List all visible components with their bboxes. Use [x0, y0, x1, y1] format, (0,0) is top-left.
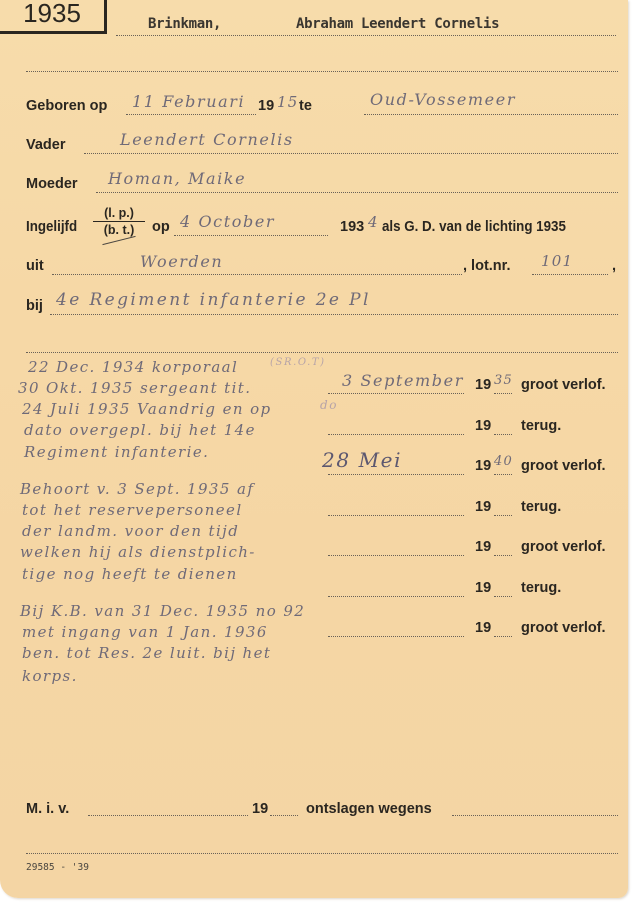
leave-year-prefix: 19 — [475, 620, 491, 636]
remark-line: 30 Okt. 1935 sergeant tit. — [18, 379, 251, 397]
remark-line: korps. — [22, 667, 78, 685]
father-name: Leendert Cornelis — [120, 130, 294, 149]
discharge-year-prefix: 19 — [252, 801, 268, 817]
at-label: te — [299, 98, 312, 114]
remark-line: met ingang van 1 Jan. 1936 — [22, 623, 268, 641]
name-line — [116, 35, 616, 36]
from-label: uit — [26, 258, 44, 274]
fraction-bar — [93, 221, 145, 222]
remark-line: tige nog heeft te dienen — [22, 565, 238, 583]
leave-status: terug. — [521, 499, 561, 515]
birth-place-line — [364, 114, 618, 115]
discharge-reason-label: ontslagen wegens — [306, 801, 432, 817]
enlistment-year-prefix: 193 — [340, 219, 364, 235]
separator-line — [26, 352, 618, 353]
leave-year-prefix: 19 — [475, 499, 491, 515]
fraction-bottom: (b. t.) — [93, 223, 145, 237]
discharge-year-line — [270, 815, 298, 816]
enlistment-year-suffix: 4 — [368, 213, 379, 231]
leave-year-line — [494, 555, 512, 556]
leave-year-suffix: 35 — [494, 373, 513, 388]
lot-label: , lot.nr. — [463, 258, 511, 274]
mother-line — [96, 192, 618, 193]
leave-year-prefix: 19 — [475, 539, 491, 555]
leave-status: terug. — [521, 580, 561, 596]
given-names: Abraham Leendert Cornelis — [296, 16, 499, 32]
remark-line: tot het reservepersoneel — [22, 501, 243, 519]
remark-line: ben. tot Res. 2e luit. bij het — [22, 644, 271, 662]
annotation-mark: do — [320, 398, 338, 412]
remark-line: Regiment infanterie. — [24, 443, 209, 461]
leave-date-line — [328, 515, 464, 516]
leave-year-line — [494, 515, 512, 516]
birth-date-line — [126, 114, 256, 115]
enlistment-date: 4 October — [180, 212, 275, 231]
remark-line: Behoort v. 3 Sept. 1935 af — [20, 480, 254, 498]
leave-date-line — [328, 474, 464, 475]
remark-line: dato overgepl. bij het 14e — [24, 421, 256, 439]
discharge-date-line — [88, 815, 248, 816]
year-box: 1935 — [0, 0, 107, 34]
leave-status: groot verlof. — [521, 458, 606, 474]
enlistment-fraction: (l. p.) (b. t.) — [93, 206, 145, 237]
unit-line — [50, 314, 618, 315]
remark-line: 24 Juli 1935 Vaandrig en op — [22, 400, 272, 418]
leave-date-line — [328, 555, 464, 556]
leave-status: groot verlof. — [521, 377, 606, 393]
leave-year-prefix: 19 — [475, 377, 491, 393]
enlisted-label: Ingelijfd — [26, 219, 77, 235]
leave-date-line — [328, 636, 464, 637]
leave-status: groot verlof. — [521, 539, 606, 555]
leave-date: 3 September — [342, 371, 464, 390]
leave-year-prefix: 19 — [475, 418, 491, 434]
remark-line: welken hij als dienstplich- — [20, 543, 256, 561]
class-label: als G. D. van de lichting 1935 — [382, 219, 566, 235]
form-number: 29585 - '39 — [26, 862, 89, 873]
birth-year-prefix: 19 — [258, 98, 274, 114]
remark-line: 22 Dec. 1934 korporaal — [28, 358, 238, 376]
remark-line: der landm. voor den tijd — [22, 522, 239, 540]
discharge-reason-line — [452, 815, 618, 816]
blank-line — [26, 71, 618, 72]
birth-place: Oud-Vossemeer — [370, 90, 516, 109]
leave-year-suffix: 40 — [494, 454, 513, 469]
father-line — [84, 153, 618, 154]
leave-date-line — [328, 596, 464, 597]
born-label: Geboren op — [26, 98, 107, 114]
leave-year-prefix: 19 — [475, 580, 491, 596]
from-place: Woerden — [140, 252, 223, 271]
leave-status: groot verlof. — [521, 620, 606, 636]
unit-label: bij — [26, 298, 43, 314]
bottom-line — [26, 853, 618, 854]
leave-date-line — [328, 393, 464, 394]
annotation-pale: (SR.O.T) — [270, 357, 326, 368]
lot-line — [532, 274, 608, 275]
birth-year-suffix: 15 — [277, 93, 299, 111]
leave-year-line — [494, 474, 512, 475]
on-label: op — [152, 219, 170, 235]
leave-year-line — [494, 434, 512, 435]
remark-line: Bij K.B. van 31 Dec. 1935 no 92 — [20, 602, 305, 620]
lot-number: 101 — [541, 252, 573, 270]
father-label: Vader — [26, 137, 66, 153]
strikethrough-mark — [102, 236, 135, 245]
from-line — [52, 274, 462, 275]
discharge-label: M. i. v. — [26, 801, 69, 817]
leave-year-line — [494, 393, 512, 394]
leave-year-line — [494, 596, 512, 597]
leave-date: 28 Mei — [322, 448, 402, 472]
mother-name: Homan, Maike — [108, 169, 246, 188]
leave-year-prefix: 19 — [475, 458, 491, 474]
surname: Brinkman, — [148, 16, 221, 32]
leave-year-line — [494, 636, 512, 637]
enlistment-date-line — [174, 235, 328, 236]
birth-date: 11 Februari — [132, 92, 245, 111]
leave-date-line — [328, 434, 464, 435]
registration-card: 1935 Brinkman, Abraham Leendert Cornelis… — [0, 0, 628, 898]
mother-label: Moeder — [26, 176, 78, 192]
fraction-top: (l. p.) — [93, 206, 145, 220]
leave-status: terug. — [521, 418, 561, 434]
unit-name: 4e Regiment infanterie 2e Pl — [56, 290, 371, 310]
lot-trailing-comma: , — [612, 258, 616, 274]
